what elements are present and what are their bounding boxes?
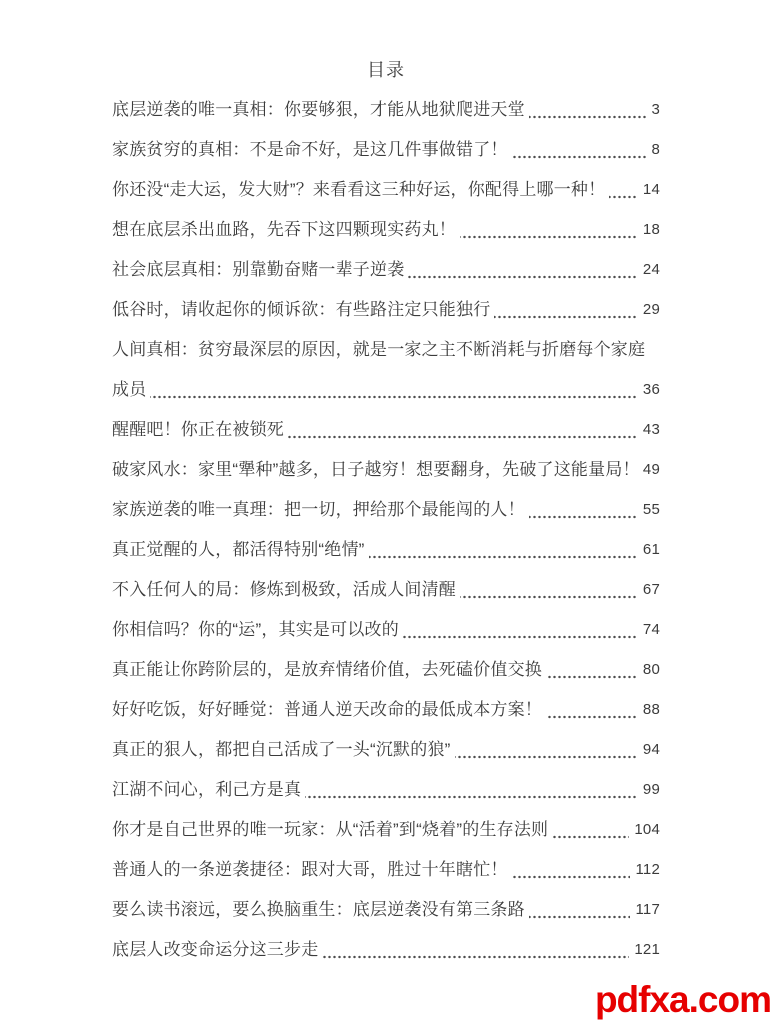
toc-entry-page-number: 36 bbox=[638, 370, 660, 410]
toc-entry: 好好吃饭，好好睡觉：普通人逆天改命的最低成本方案！ 88 bbox=[112, 690, 660, 730]
toc-entry-page-number: 43 bbox=[638, 410, 660, 450]
toc-entry-page-number: 18 bbox=[638, 210, 660, 250]
toc-entry: 底层人改变命运分这三步走 121 bbox=[112, 930, 660, 970]
toc-entry: 真正觉醒的人，都活得特别“绝情” 61 bbox=[112, 530, 660, 570]
toc-list: 底层逆袭的唯一真相：你要够狠，才能从地狱爬进天堂 3 家族贫穷的真相：不是命不好… bbox=[112, 90, 660, 970]
toc-entry-title: 好好吃饭，好好睡觉：普通人逆天改命的最低成本方案！ bbox=[112, 700, 546, 719]
toc-entry: 要么读书滚远，要么换脑重生：底层逆袭没有第三条路 117 bbox=[112, 890, 660, 930]
toc-entry-title: 江湖不问心，利己方是真 bbox=[112, 780, 305, 799]
toc-entry: 破家风水：家里“犟种”越多，日子越穷！想要翻身，先破了这能量局！ 49 bbox=[112, 450, 660, 490]
toc-entry-page-number: 112 bbox=[630, 850, 660, 890]
toc-entry: 普通人的一条逆袭捷径：跟对大哥，胜过十年瞎忙！ 112 bbox=[112, 850, 660, 890]
toc-entry-page-number: 117 bbox=[630, 890, 660, 930]
toc-entry: 真正能让你跨阶层的，是放弃情绪价值，去死磕价值交换 80 bbox=[112, 650, 660, 690]
toc-entry: 家族逆袭的唯一真理：把一切，押给那个最能闯的人！ 55 bbox=[112, 490, 660, 530]
toc-entry-title: 真正能让你跨阶层的，是放弃情绪价值，去死磕价值交换 bbox=[112, 660, 546, 679]
toc-entry: 你相信吗？你的“运”，其实是可以改的 74 bbox=[112, 610, 660, 650]
toc-entry: 家族贫穷的真相：不是命不好，是这几件事做错了！ 8 bbox=[112, 130, 660, 170]
toc-entry-page-number: 67 bbox=[638, 570, 660, 610]
toc-entry: 不入任何人的局：修炼到极致，活成人间清醒 67 bbox=[112, 570, 660, 610]
toc-entry-page-number: 8 bbox=[646, 130, 660, 170]
toc-entry-title: 你才是自己世界的唯一玩家：从“活着”到“烧着”的生存法则 bbox=[112, 820, 552, 839]
toc-entry: 低谷时，请收起你的倾诉欲：有些路注定只能独行 29 bbox=[112, 290, 660, 330]
toc-entry-title: 低谷时，请收起你的倾诉欲：有些路注定只能独行 bbox=[112, 300, 494, 319]
toc-entry-title: 普通人的一条逆袭捷径：跟对大哥，胜过十年瞎忙！ bbox=[112, 860, 512, 879]
toc-entry-title: 家族逆袭的唯一真理：把一切，押给那个最能闯的人！ bbox=[112, 500, 529, 519]
toc-entry-page-number: 121 bbox=[629, 930, 660, 970]
toc-entry-title: 家族贫穷的真相：不是命不好，是这几件事做错了！ bbox=[112, 140, 512, 159]
toc-entry: 真正的狠人，都把自己活成了一头“沉默的狼” 94 bbox=[112, 730, 660, 770]
toc-entry: 江湖不问心，利己方是真 99 bbox=[112, 770, 660, 810]
toc-entry: 你还没“走大运，发大财”？来看看这三种好运，你配得上哪一种！ 14 bbox=[112, 170, 660, 210]
toc-entry-page-number: 49 bbox=[638, 450, 660, 490]
toc-entry-title: 破家风水：家里“犟种”越多，日子越穷！想要翻身，先破了这能量局！ bbox=[112, 460, 644, 479]
toc-entry-page-number: 94 bbox=[638, 730, 660, 770]
toc-entry-title: 想在底层杀出血路，先吞下这四颗现实药丸！ bbox=[112, 220, 460, 239]
toc-entry-page-number: 61 bbox=[638, 530, 660, 570]
toc-entry-page-number: 74 bbox=[638, 610, 660, 650]
toc-entry-page-number: 24 bbox=[638, 250, 660, 290]
toc-entry-title: 社会底层真相：别靠勤奋赌一辈子逆袭 bbox=[112, 260, 408, 279]
toc-entry-title: 不入任何人的局：修炼到极致，活成人间清醒 bbox=[112, 580, 460, 599]
toc-entry: 醒醒吧！你正在被锁死 43 bbox=[112, 410, 660, 450]
toc-entry-page-number: 55 bbox=[638, 490, 660, 530]
toc-entry: 人间真相：贫穷最深层的原因，就是一家之主不断消耗与折磨每个家庭成员 36 bbox=[112, 330, 660, 410]
toc-entry-page-number: 29 bbox=[638, 290, 660, 330]
page-title: 目录 bbox=[112, 56, 660, 84]
toc-entry-title: 你还没“走大运，发大财”？来看看这三种好运，你配得上哪一种！ bbox=[112, 180, 609, 199]
toc-entry: 社会底层真相：别靠勤奋赌一辈子逆袭 24 bbox=[112, 250, 660, 290]
toc-entry-page-number: 14 bbox=[638, 170, 660, 210]
toc-entry-page-number: 104 bbox=[629, 810, 660, 850]
toc-entry-title: 真正觉醒的人，都活得特别“绝情” bbox=[112, 540, 369, 559]
toc-entry-page-number: 99 bbox=[638, 770, 660, 810]
toc-entry-title: 人间真相：贫穷最深层的原因，就是一家之主不断消耗与折磨每个家庭成员 bbox=[112, 340, 649, 399]
toc-entry-page-number: 80 bbox=[638, 650, 660, 690]
toc-entry-title: 要么读书滚远，要么换脑重生：底层逆袭没有第三条路 bbox=[112, 900, 529, 919]
toc-entry: 底层逆袭的唯一真相：你要够狠，才能从地狱爬进天堂 3 bbox=[112, 90, 660, 130]
toc-entry: 想在底层杀出血路，先吞下这四颗现实药丸！ 18 bbox=[112, 210, 660, 250]
toc-entry-title: 真正的狠人，都把自己活成了一头“沉默的狼” bbox=[112, 740, 455, 759]
toc-content: 目录 底层逆袭的唯一真相：你要够狠，才能从地狱爬进天堂 3 家族贫穷的真相：不是… bbox=[112, 56, 660, 970]
toc-entry-title: 底层人改变命运分这三步走 bbox=[112, 940, 322, 959]
toc-entry-page-number: 88 bbox=[638, 690, 660, 730]
document-page: 目录 底层逆袭的唯一真相：你要够狠，才能从地狱爬进天堂 3 家族贫穷的真相：不是… bbox=[0, 0, 773, 1024]
toc-entry-page-number: 3 bbox=[646, 90, 660, 130]
toc-entry: 你才是自己世界的唯一玩家：从“活着”到“烧着”的生存法则 104 bbox=[112, 810, 660, 850]
toc-entry-title: 醒醒吧！你正在被锁死 bbox=[112, 420, 288, 439]
toc-entry-title: 你相信吗？你的“运”，其实是可以改的 bbox=[112, 620, 403, 639]
toc-entry-title: 底层逆袭的唯一真相：你要够狠，才能从地狱爬进天堂 bbox=[112, 100, 529, 119]
watermark: pdfxa.com bbox=[595, 981, 771, 1018]
